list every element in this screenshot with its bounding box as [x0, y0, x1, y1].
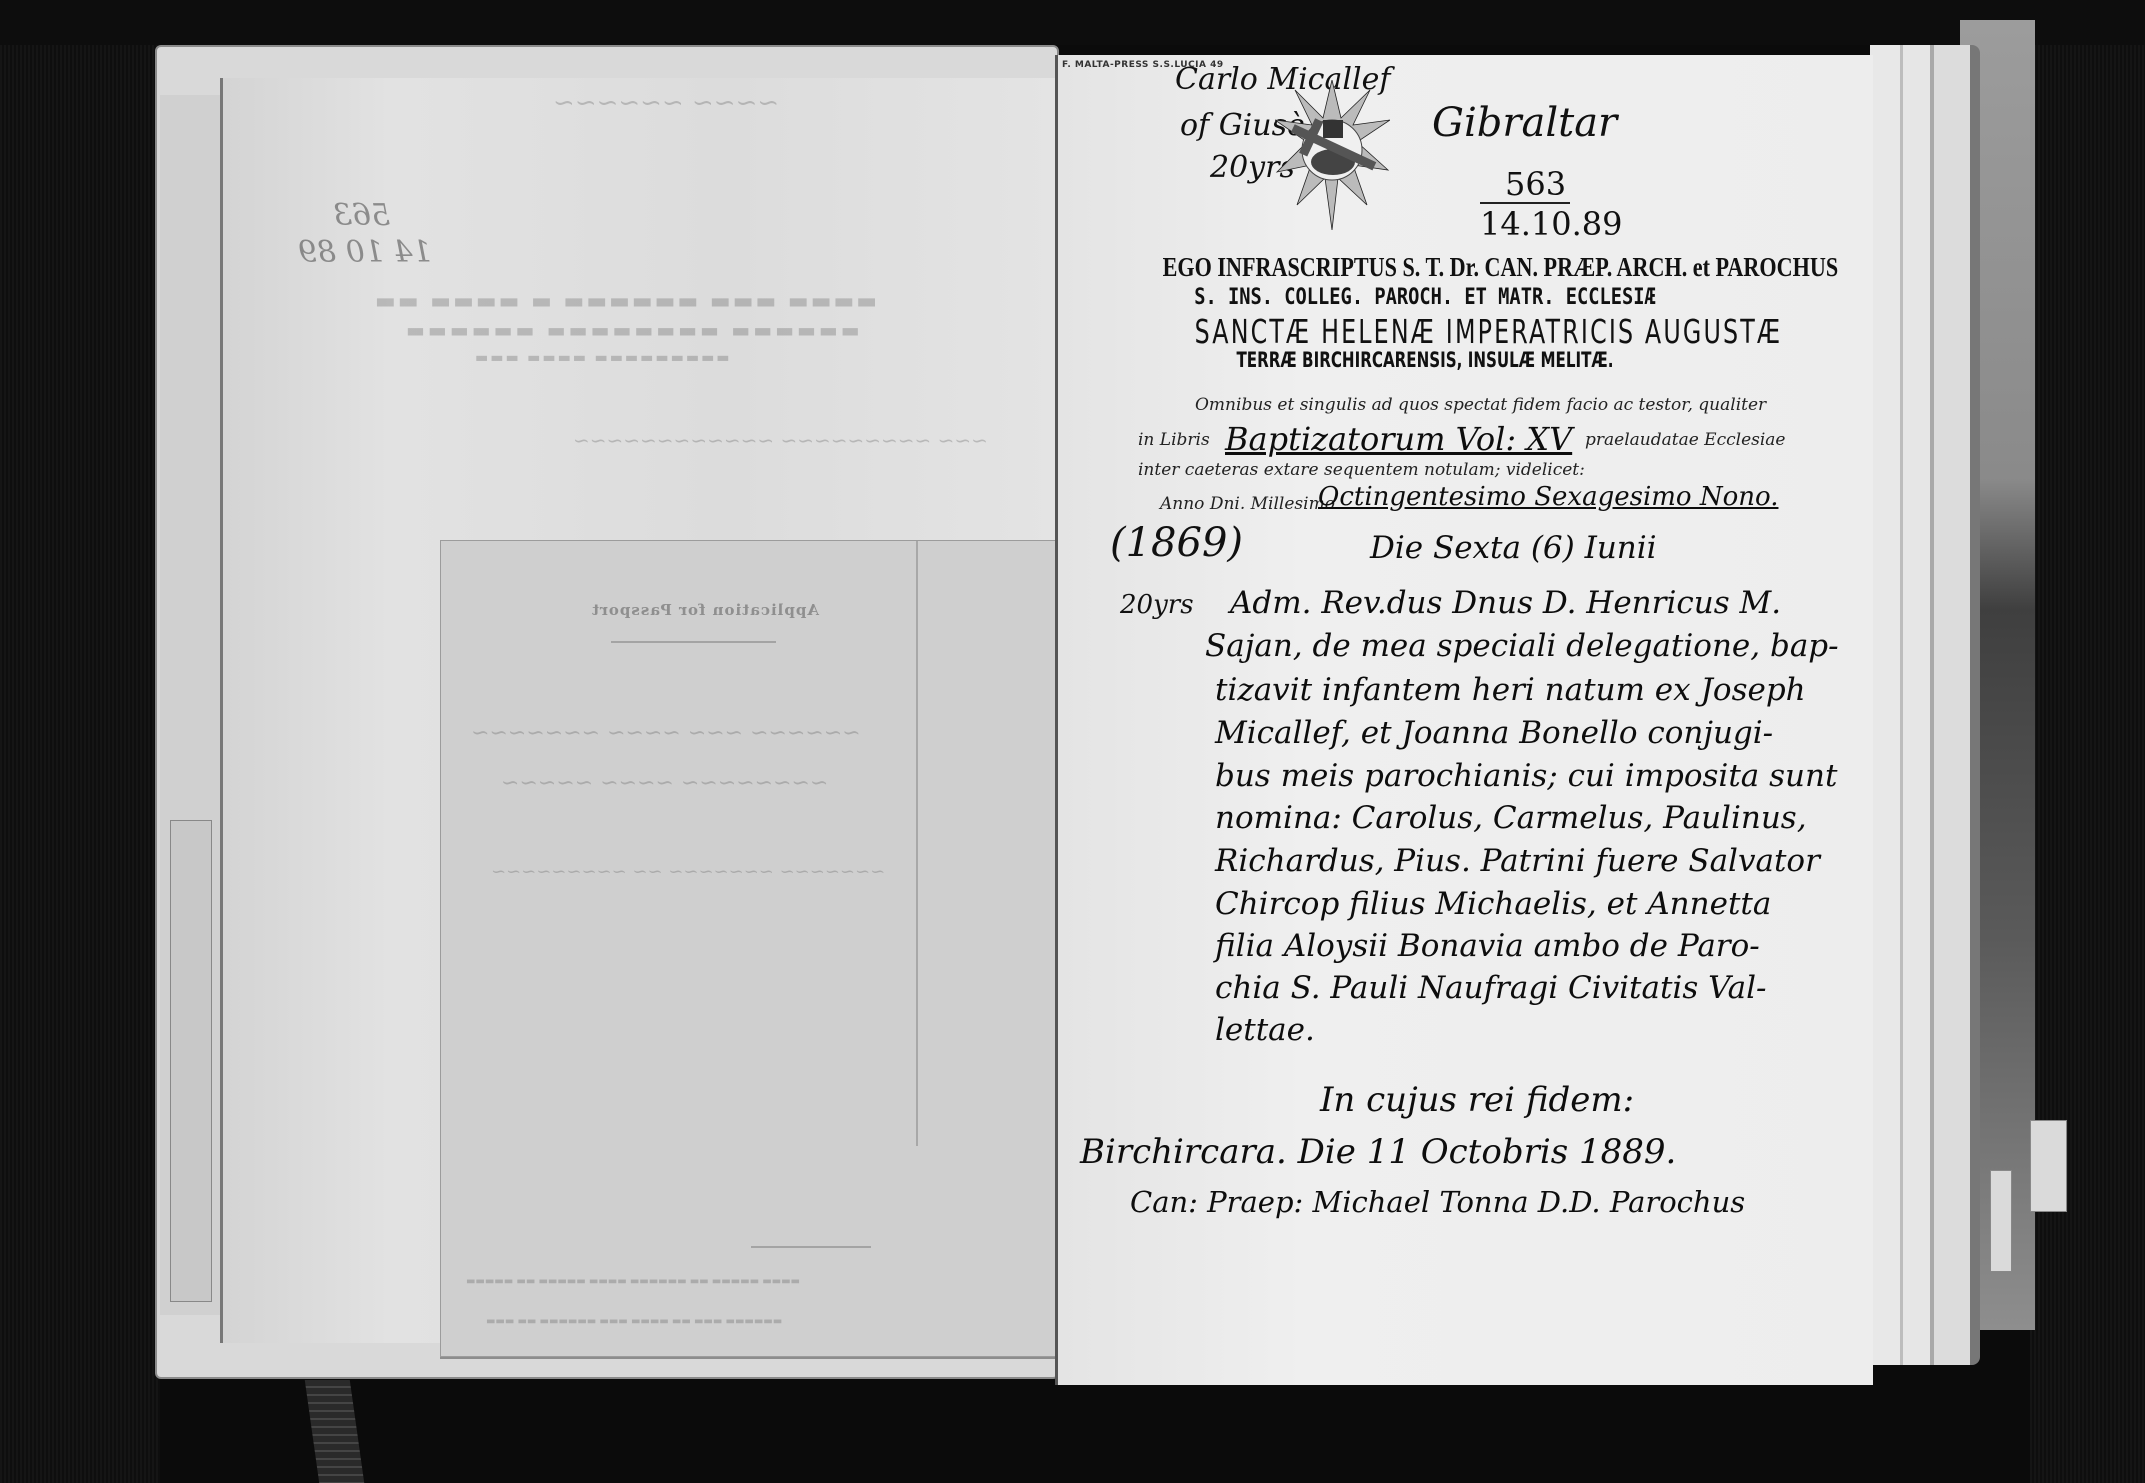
margin-age: 20yrs — [1120, 590, 1194, 620]
header-line-1: EGO INFRASCRIPTUS S. T. Dr. CAN. PRÆP. A… — [1163, 252, 1688, 283]
annotation-destination: Gibraltar — [1432, 100, 1617, 146]
entry-line: Chircop filius Michaelis, et Annetta — [1215, 886, 1771, 922]
register-volume: Baptizatorum Vol: XV — [1225, 420, 1572, 458]
preamble-line-2-suffix: praelaudatae Ecclesiae — [1585, 430, 1785, 450]
page-tab — [1990, 1170, 2012, 1272]
entry-line: Richardus, Pius. Patrini fuere Salvator — [1215, 843, 1820, 879]
entry-line: chia S. Pauli Naufragi Civitatis Val- — [1215, 970, 1767, 1006]
passport-application-insert: Application for Passport ~~~~~~ ~~~ ~~~~… — [440, 540, 1062, 1357]
insert-footnote: ▬▬▬▬ ▬▬▬▬▬ ▬▬ ▬▬▬▬▬▬ ▬▬▬▬ ▬▬▬▬▬ ▬▬ ▬▬▬▬▬ — [466, 1276, 800, 1287]
parish-priest-signature: Can: Praep: Michael Tonna D.D. Parochus — [1130, 1185, 1745, 1219]
insert-title: Application for Passport — [591, 601, 819, 619]
annotation-ref-number: 563 — [1505, 165, 1566, 203]
header-line-2: S. INS. COLLEG. PAROCH. ET MATR. ECCLESI… — [1153, 285, 1697, 310]
year-in-words: Octingentesimo Sexagesimo Nono. — [1318, 482, 1778, 512]
annotation-divider — [1480, 202, 1570, 204]
bleed-through-header: ▬▬▬▬▬▬ ▬▬▬▬▬▬▬▬ ▬▬▬▬▬▬ — [403, 318, 860, 342]
page-tab — [2030, 1120, 2067, 1212]
pencil-number: 563 — [333, 198, 390, 233]
insert-bleed-lines: ~~~~~~ ~~~ ~~~~ ~~~~~~~ — [471, 721, 861, 746]
entry-line: Sajan, de mea speciali delegatione, bap- — [1205, 628, 1839, 664]
insert-bleed-lines: ~~~~~~~ ~~~~~~~ ~~ ~~~~~~~~~ — [491, 861, 885, 882]
pencil-date: 14 10 89 — [298, 235, 432, 270]
entry-line: Adm. Rev.dus Dnus D. Henricus M. — [1230, 585, 1781, 621]
entry-line: Die Sexta (6) Iunii — [1370, 530, 1657, 566]
insert-footnote: ▬▬▬▬▬▬ ▬▬▬ ▬▬ ▬▬▬▬ ▬▬▬ ▬▬▬▬▬▬ ▬▬ ▬▬▬ — [486, 1316, 782, 1327]
header-line-4: TERRÆ BIRCHIRCARENSIS, INSULÆ MELITÆ. — [1195, 348, 1656, 372]
insert-bottom-rule — [751, 1246, 871, 1248]
insert-frame — [441, 541, 918, 1146]
entry-line: Micallef, et Joanna Bonello conjugi- — [1215, 715, 1773, 751]
header-line-3: SANCTÆ HELENÆ IMPERATRICIS AUGUSTÆ — [1195, 312, 1656, 351]
margin-year: (1869) — [1110, 520, 1243, 566]
bleed-through-handwriting: ~~~ ~~~~~~~~~ ~~~~~~~~~~~~ — [573, 428, 988, 452]
bleed-through-header: ▬▬▬▬ ▬▬▬ ▬▬▬▬▬▬ ▬ ▬▬▬▬ ▬▬ — [373, 288, 877, 314]
bleed-through-handwriting: ~~~~ ~~~~~~ — [553, 88, 779, 118]
preamble-line-2-prefix: in Libris — [1138, 430, 1210, 450]
book-cover-top — [0, 0, 2145, 45]
book-cover-left — [0, 0, 160, 1483]
insert-bleed-lines: ~~~~~~~~ ~~~~ ~~~~~ — [501, 771, 828, 796]
left-torn-edge — [170, 820, 212, 1302]
bookmark-ribbon — [305, 1380, 364, 1483]
right-page-edges — [1870, 45, 1980, 1365]
entry-line: lettae. — [1215, 1012, 1315, 1048]
insert-rule — [611, 641, 776, 643]
entry-line: tizavit infantem heri natum ex Joseph — [1215, 672, 1806, 708]
preamble-line-4-prefix: Anno Dni. Millesimo — [1160, 494, 1335, 514]
place-and-date: Birchircara. Die 11 Octobris 1889. — [1080, 1132, 1676, 1172]
entry-line: bus meis parochianis; cui imposita sunt — [1215, 758, 1837, 794]
attestation: In cujus rei fidem: — [1320, 1080, 1634, 1120]
entry-line: nomina: Carolus, Carmelus, Paulinus, — [1215, 800, 1807, 836]
annotation-ref-date: 14.10.89 — [1480, 205, 1623, 243]
book-cover-right — [2030, 0, 2145, 1483]
bleed-through-header: ▬▬▬▬▬▬▬▬▬ ▬▬▬▬ ▬▬▬ — [473, 350, 730, 366]
entry-line: filia Aloysii Bonavia ambo de Paro- — [1215, 928, 1760, 964]
preamble-line-3: inter caeteras extare sequentem notulam;… — [1138, 460, 1585, 480]
preamble-line-1: Omnibus et singulis ad quos spectat fide… — [1195, 395, 1766, 415]
parish-emblem-icon — [1275, 80, 1390, 240]
